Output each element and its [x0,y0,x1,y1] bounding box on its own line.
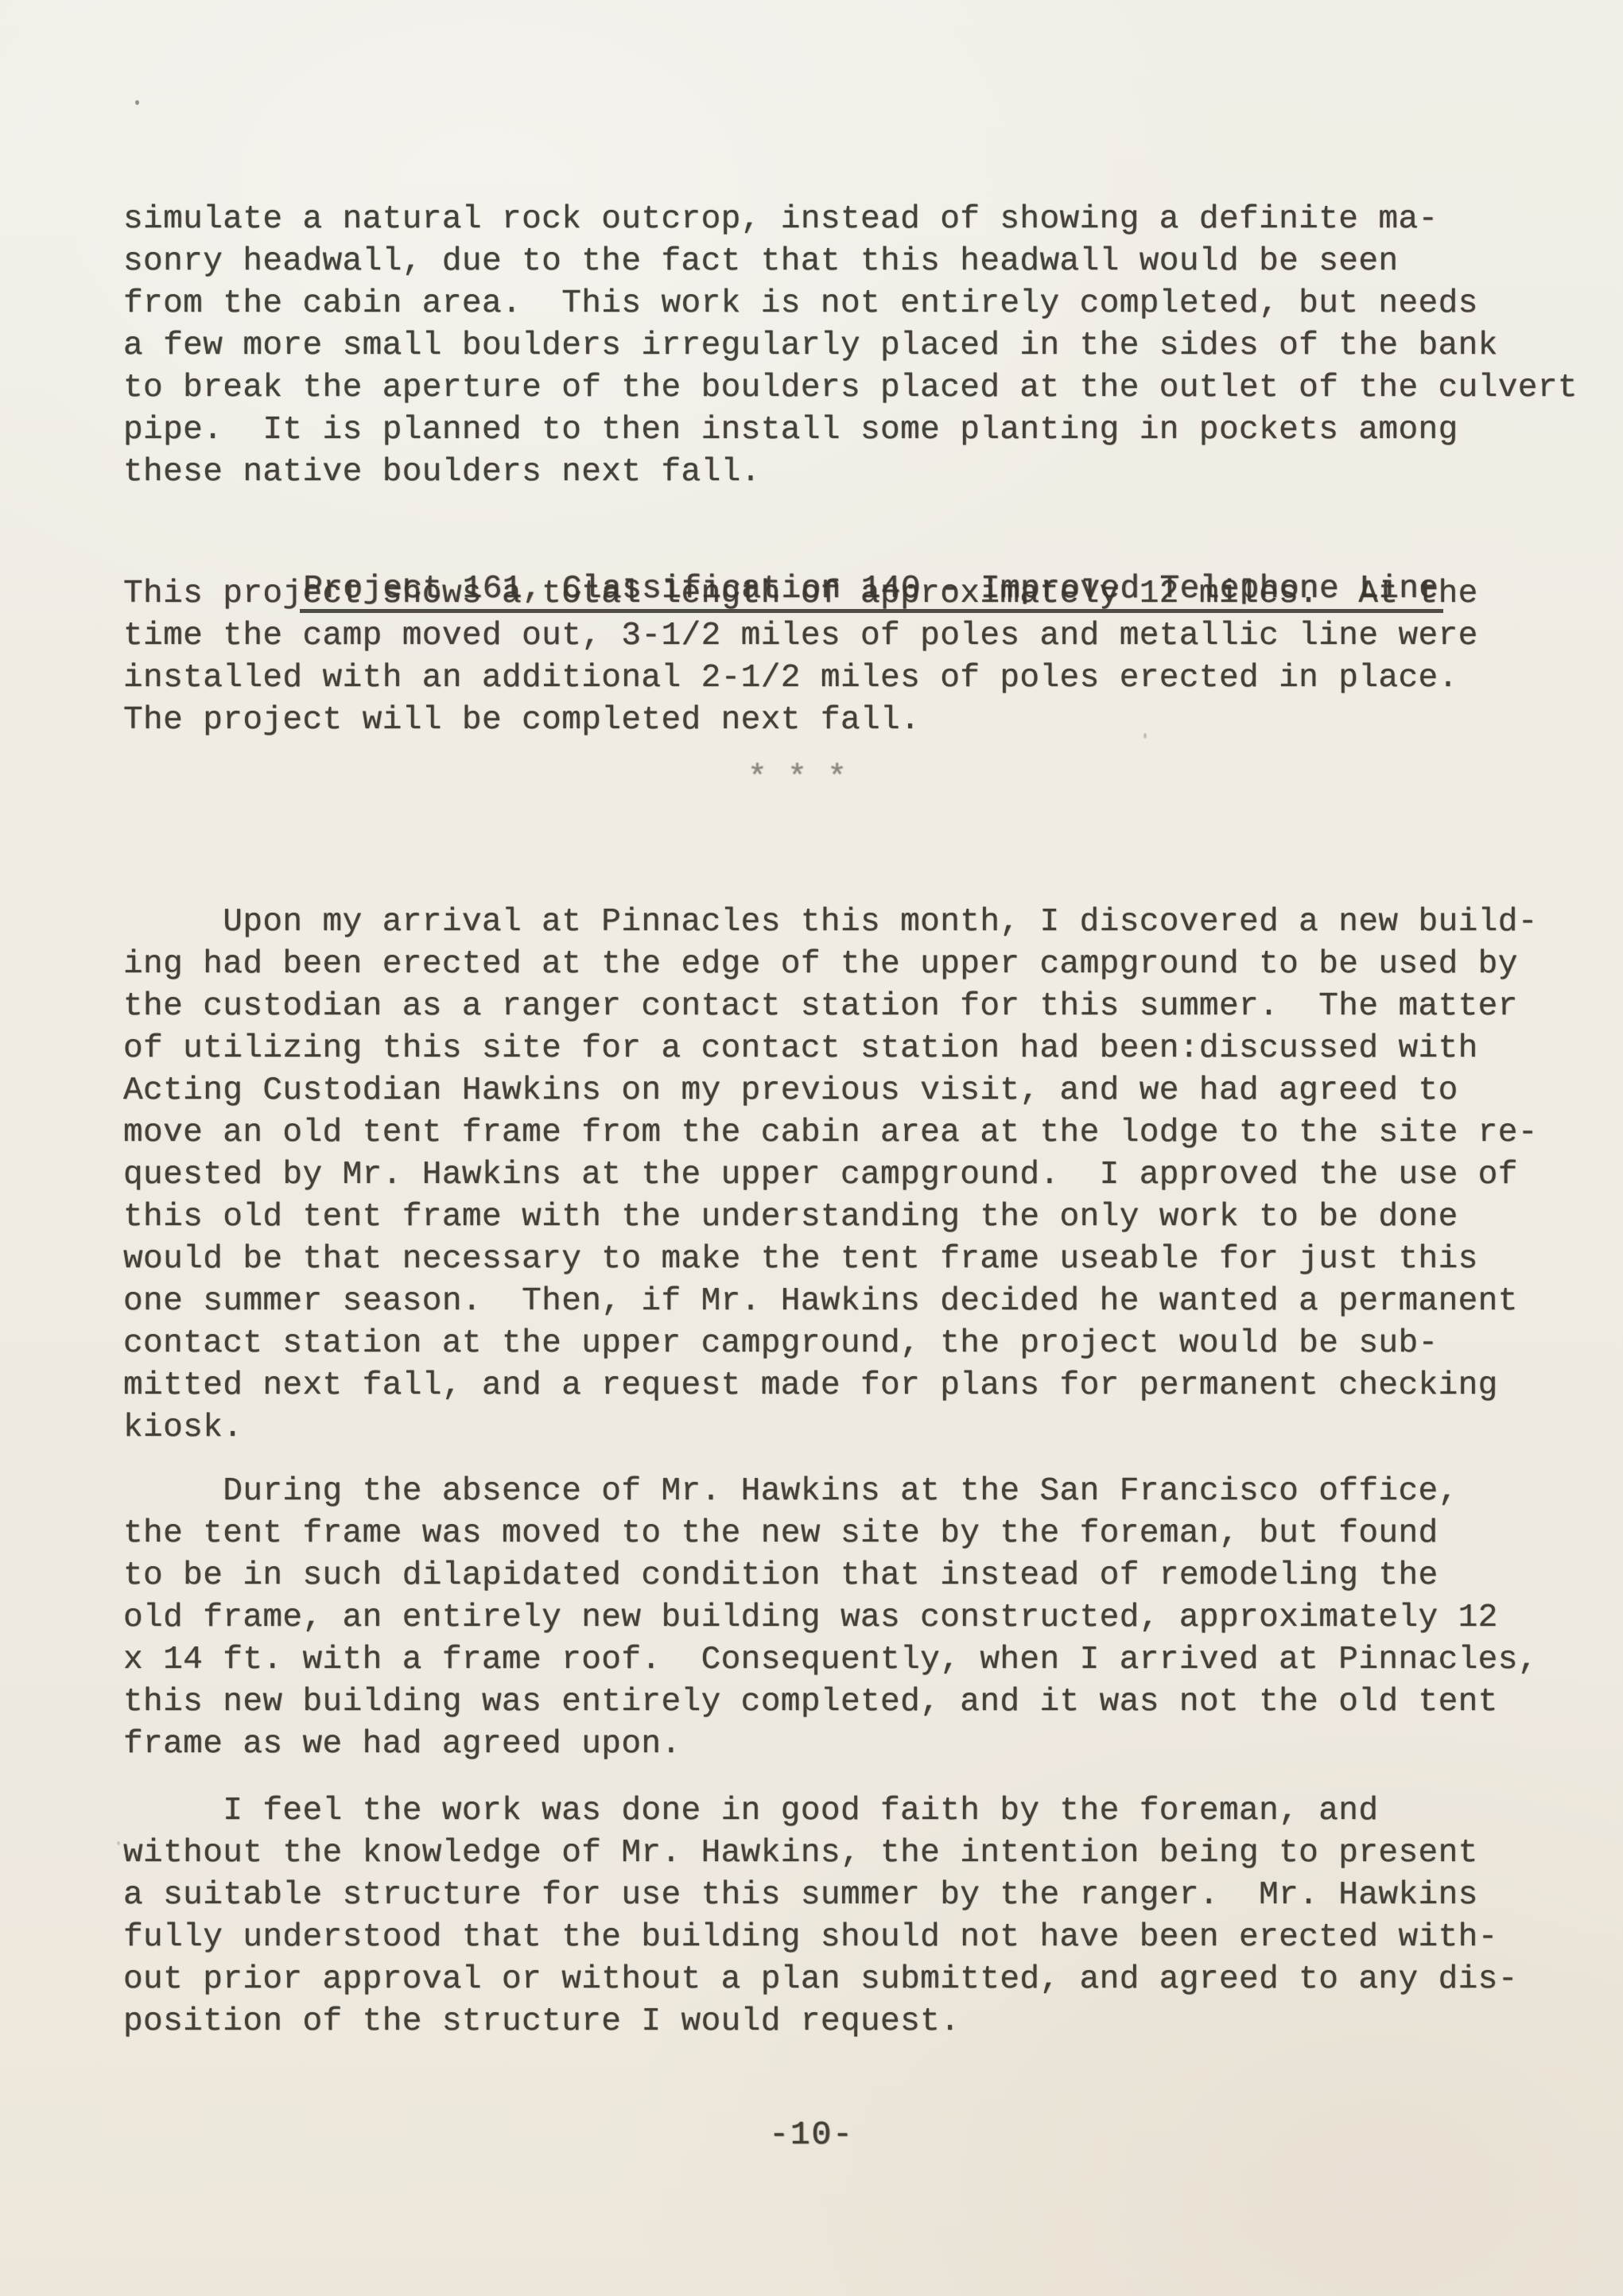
page-number: -10- [0,2115,1623,2157]
paper-speck [1143,733,1147,739]
paragraph-arrival-contact-station: Upon my arrival at Pinnacles this month,… [123,902,1538,1449]
paper-speck [117,1841,120,1845]
paragraph-telephone-line-project: This project shows a total length of app… [123,573,1478,742]
scanned-document-page: simulate a natural rock outcrop, instead… [0,0,1623,2296]
asterisk-separator: * * * [747,758,847,800]
paragraph-good-faith: I feel the work was done in good faith b… [123,1790,1518,2043]
paper-speck [135,100,139,105]
paragraph-rock-outcrop-continuation: simulate a natural rock outcrop, instead… [123,199,1578,494]
paragraph-hawkins-absence: During the absence of Mr. Hawkins at the… [123,1471,1538,1766]
paper-speck [964,1043,966,1050]
